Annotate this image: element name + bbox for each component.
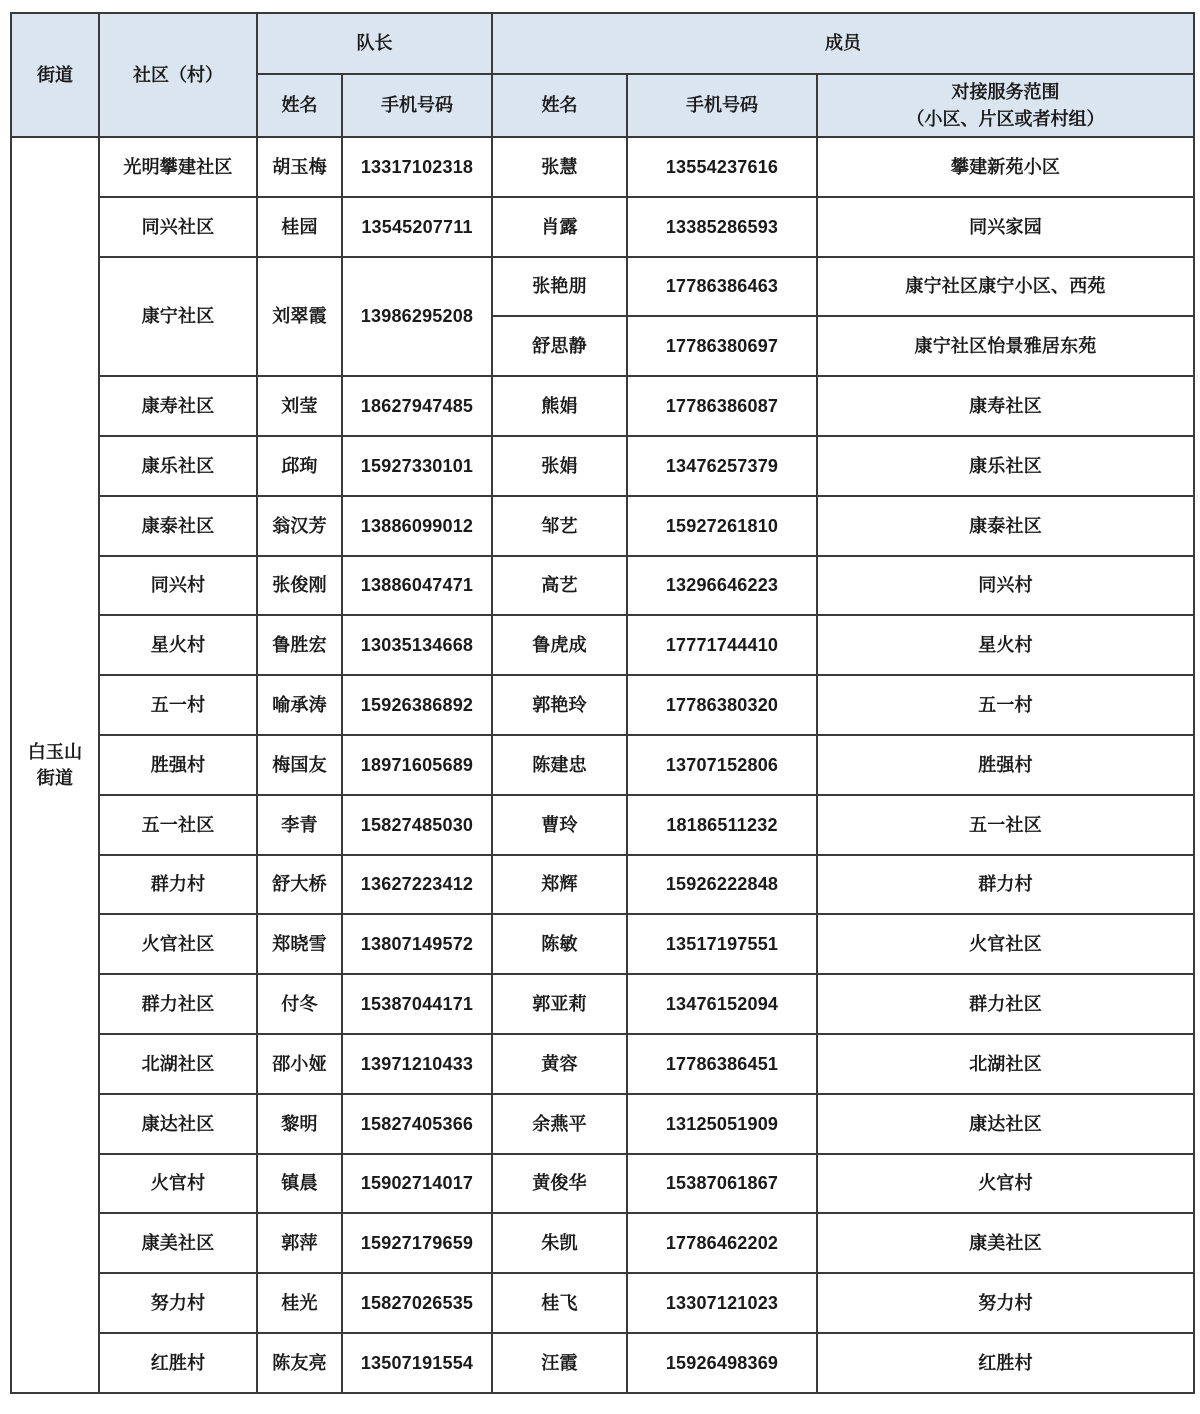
- member-name-cell: 张艳朋: [492, 257, 627, 317]
- table-row: 群力社区付冬15387044171郭亚莉13476152094群力社区: [11, 974, 1194, 1034]
- scope-cell: 攀建新苑小区: [817, 137, 1194, 197]
- table-row: 康乐社区邱珣15927330101张娟13476257379康乐社区: [11, 436, 1194, 496]
- scope-header-line2: （小区、片区或者村组）: [822, 106, 1189, 132]
- leader-phone-cell: 13886047471: [342, 556, 492, 616]
- leader-phone-cell: 15827485030: [342, 795, 492, 855]
- header-row-groups: 街道 社区（村） 队长 成员: [11, 13, 1194, 74]
- member-name-cell: 舒思静: [492, 316, 627, 376]
- leader-phone-cell: 15902714017: [342, 1154, 492, 1214]
- scope-cell: 群力村: [817, 855, 1194, 915]
- member-name-cell: 张慧: [492, 137, 627, 197]
- member-phone-cell: 13307121023: [627, 1273, 817, 1333]
- leader-name-cell: 张俊刚: [257, 556, 342, 616]
- scope-cell: 康乐社区: [817, 436, 1194, 496]
- community-header-cell: 社区（村）: [99, 13, 257, 137]
- table-row: 红胜村陈友亮13507191554汪霞15926498369红胜村: [11, 1333, 1194, 1393]
- leader-phone-cell: 13627223412: [342, 855, 492, 915]
- member-name-header: 姓名: [492, 74, 627, 137]
- scope-header: 对接服务范围 （小区、片区或者村组）: [817, 74, 1194, 137]
- table-row: 同兴村张俊刚13886047471高艺13296646223同兴村: [11, 556, 1194, 616]
- table-row: 康宁社区刘翠霞13986295208张艳朋17786386463康宁社区康宁小区…: [11, 257, 1194, 317]
- table-row: 康泰社区翁汉芳13886099012邹艺15927261810康泰社区: [11, 496, 1194, 556]
- table-row: 康寿社区刘莹18627947485熊娟17786386087康寿社区: [11, 376, 1194, 436]
- member-phone-cell: 13476257379: [627, 436, 817, 496]
- community-cell: 星火村: [99, 615, 257, 675]
- table-row: 同兴社区桂园13545207711肖露13385286593同兴家园: [11, 197, 1194, 257]
- community-cell: 五一社区: [99, 795, 257, 855]
- leader-name-cell: 鲁胜宏: [257, 615, 342, 675]
- leader-name-cell: 胡玉梅: [257, 137, 342, 197]
- member-phone-cell: 17786386451: [627, 1034, 817, 1094]
- member-phone-cell: 17786380697: [627, 316, 817, 376]
- community-cell: 康美社区: [99, 1213, 257, 1273]
- leader-phone-cell: 13317102318: [342, 137, 492, 197]
- table-row: 胜强村梅国友18971605689陈建忠13707152806胜强村: [11, 735, 1194, 795]
- member-name-cell: 曹玲: [492, 795, 627, 855]
- leader-phone-cell: 15927179659: [342, 1213, 492, 1273]
- member-phone-cell: 15926222848: [627, 855, 817, 915]
- leader-phone-cell: 13807149572: [342, 914, 492, 974]
- member-phone-cell: 15387061867: [627, 1154, 817, 1214]
- scope-cell: 康宁社区怡景雅居东苑: [817, 316, 1194, 376]
- member-name-cell: 余燕平: [492, 1094, 627, 1154]
- table-header: 街道 社区（村） 队长 成员 姓名 手机号码 姓名 手机号码 对接服务范围 （小…: [11, 13, 1194, 137]
- scope-cell: 同兴村: [817, 556, 1194, 616]
- leader-name-cell: 邱珣: [257, 436, 342, 496]
- street-cell: 白玉山街道: [11, 137, 99, 1393]
- member-name-cell: 郑辉: [492, 855, 627, 915]
- member-phone-header: 手机号码: [627, 74, 817, 137]
- member-phone-cell: 15926498369: [627, 1333, 817, 1393]
- member-phone-cell: 13385286593: [627, 197, 817, 257]
- member-name-cell: 张娟: [492, 436, 627, 496]
- member-phone-cell: 18186511232: [627, 795, 817, 855]
- member-phone-cell: 13517197551: [627, 914, 817, 974]
- member-name-cell: 郭亚莉: [492, 974, 627, 1034]
- community-cell: 康宁社区: [99, 257, 257, 377]
- community-cell: 红胜村: [99, 1333, 257, 1393]
- leader-phone-cell: 13886099012: [342, 496, 492, 556]
- contact-table: 街道 社区（村） 队长 成员 姓名 手机号码 姓名 手机号码 对接服务范围 （小…: [10, 12, 1195, 1394]
- member-phone-cell: 17771744410: [627, 615, 817, 675]
- scope-cell: 康寿社区: [817, 376, 1194, 436]
- member-name-cell: 郭艳玲: [492, 675, 627, 735]
- member-phone-cell: 13707152806: [627, 735, 817, 795]
- leader-name-cell: 黎明: [257, 1094, 342, 1154]
- community-cell: 同兴村: [99, 556, 257, 616]
- scope-cell: 康美社区: [817, 1213, 1194, 1273]
- leader-phone-cell: 15827405366: [342, 1094, 492, 1154]
- scope-cell: 群力社区: [817, 974, 1194, 1034]
- member-group-header: 成员: [492, 13, 1194, 74]
- leader-phone-header: 手机号码: [342, 74, 492, 137]
- leader-phone-cell: 13507191554: [342, 1333, 492, 1393]
- member-name-cell: 陈建忠: [492, 735, 627, 795]
- community-cell: 康乐社区: [99, 436, 257, 496]
- leader-name-cell: 陈友亮: [257, 1333, 342, 1393]
- leader-name-cell: 李青: [257, 795, 342, 855]
- scope-cell: 星火村: [817, 615, 1194, 675]
- member-name-cell: 汪霞: [492, 1333, 627, 1393]
- leader-name-cell: 桂光: [257, 1273, 342, 1333]
- member-phone-cell: 15927261810: [627, 496, 817, 556]
- member-phone-cell: 13296646223: [627, 556, 817, 616]
- leader-phone-cell: 18627947485: [342, 376, 492, 436]
- table-body: 白玉山街道光明攀建社区胡玉梅13317102318张慧13554237616攀建…: [11, 137, 1194, 1393]
- table-row: 群力村舒大桥13627223412郑辉15926222848群力村: [11, 855, 1194, 915]
- community-cell: 努力村: [99, 1273, 257, 1333]
- leader-name-cell: 郑晓雪: [257, 914, 342, 974]
- community-cell: 五一村: [99, 675, 257, 735]
- member-phone-cell: 17786462202: [627, 1213, 817, 1273]
- leader-phone-cell: 13971210433: [342, 1034, 492, 1094]
- leader-name-cell: 舒大桥: [257, 855, 342, 915]
- member-phone-cell: 13554237616: [627, 137, 817, 197]
- leader-name-header: 姓名: [257, 74, 342, 137]
- leader-phone-cell: 15387044171: [342, 974, 492, 1034]
- leader-phone-cell: 15926386892: [342, 675, 492, 735]
- leader-phone-cell: 13986295208: [342, 257, 492, 377]
- community-cell: 群力社区: [99, 974, 257, 1034]
- leader-name-cell: 梅国友: [257, 735, 342, 795]
- scope-cell: 康宁社区康宁小区、西苑: [817, 257, 1194, 317]
- leader-name-cell: 镇晨: [257, 1154, 342, 1214]
- scope-cell: 康达社区: [817, 1094, 1194, 1154]
- leader-name-cell: 郭萍: [257, 1213, 342, 1273]
- member-name-cell: 朱凯: [492, 1213, 627, 1273]
- leader-phone-cell: 13035134668: [342, 615, 492, 675]
- member-name-cell: 高艺: [492, 556, 627, 616]
- table-row: 火官村镇晨15902714017黄俊华15387061867火官村: [11, 1154, 1194, 1214]
- scope-cell: 五一村: [817, 675, 1194, 735]
- scope-cell: 北湖社区: [817, 1034, 1194, 1094]
- member-name-cell: 鲁虎成: [492, 615, 627, 675]
- leader-name-cell: 桂园: [257, 197, 342, 257]
- member-name-cell: 陈敏: [492, 914, 627, 974]
- member-phone-cell: 17786380320: [627, 675, 817, 735]
- scope-cell: 火官社区: [817, 914, 1194, 974]
- scope-header-line1: 对接服务范围: [822, 79, 1189, 105]
- community-cell: 火官村: [99, 1154, 257, 1214]
- leader-group-header: 队长: [257, 13, 492, 74]
- table-row: 康达社区黎明15827405366余燕平13125051909康达社区: [11, 1094, 1194, 1154]
- member-name-cell: 黄容: [492, 1034, 627, 1094]
- scope-cell: 五一社区: [817, 795, 1194, 855]
- street-header-cell: 街道: [11, 13, 99, 137]
- community-cell: 北湖社区: [99, 1034, 257, 1094]
- scope-cell: 红胜村: [817, 1333, 1194, 1393]
- leader-name-cell: 刘莹: [257, 376, 342, 436]
- member-phone-cell: 13476152094: [627, 974, 817, 1034]
- leader-phone-cell: 13545207711: [342, 197, 492, 257]
- scope-cell: 胜强村: [817, 735, 1194, 795]
- leader-name-cell: 付冬: [257, 974, 342, 1034]
- member-name-cell: 黄俊华: [492, 1154, 627, 1214]
- leader-phone-cell: 15927330101: [342, 436, 492, 496]
- leader-name-cell: 刘翠霞: [257, 257, 342, 377]
- community-cell: 群力村: [99, 855, 257, 915]
- community-cell: 康泰社区: [99, 496, 257, 556]
- community-cell: 火官社区: [99, 914, 257, 974]
- scope-cell: 同兴家园: [817, 197, 1194, 257]
- member-name-cell: 邹艺: [492, 496, 627, 556]
- table-row: 北湖社区邵小娅13971210433黄容17786386451北湖社区: [11, 1034, 1194, 1094]
- scope-cell: 康泰社区: [817, 496, 1194, 556]
- leader-name-cell: 翁汉芳: [257, 496, 342, 556]
- community-cell: 光明攀建社区: [99, 137, 257, 197]
- member-phone-cell: 17786386087: [627, 376, 817, 436]
- leader-phone-cell: 18971605689: [342, 735, 492, 795]
- community-cell: 胜强村: [99, 735, 257, 795]
- member-name-cell: 肖露: [492, 197, 627, 257]
- table-row: 五一村喻承涛15926386892郭艳玲17786380320五一村: [11, 675, 1194, 735]
- community-cell: 康达社区: [99, 1094, 257, 1154]
- page: 街道 社区（村） 队长 成员 姓名 手机号码 姓名 手机号码 对接服务范围 （小…: [0, 0, 1200, 1394]
- table-row: 努力村桂光15827026535桂飞13307121023努力村: [11, 1273, 1194, 1333]
- member-name-cell: 熊娟: [492, 376, 627, 436]
- table-row: 星火村鲁胜宏13035134668鲁虎成17771744410星火村: [11, 615, 1194, 675]
- table-row: 康美社区郭萍15927179659朱凯17786462202康美社区: [11, 1213, 1194, 1273]
- leader-name-cell: 邵小娅: [257, 1034, 342, 1094]
- table-row: 火官社区郑晓雪13807149572陈敏13517197551火官社区: [11, 914, 1194, 974]
- member-phone-cell: 13125051909: [627, 1094, 817, 1154]
- scope-cell: 努力村: [817, 1273, 1194, 1333]
- table-row: 五一社区李青15827485030曹玲18186511232五一社区: [11, 795, 1194, 855]
- community-cell: 康寿社区: [99, 376, 257, 436]
- member-name-cell: 桂飞: [492, 1273, 627, 1333]
- leader-name-cell: 喻承涛: [257, 675, 342, 735]
- community-cell: 同兴社区: [99, 197, 257, 257]
- table-row: 白玉山街道光明攀建社区胡玉梅13317102318张慧13554237616攀建…: [11, 137, 1194, 197]
- scope-cell: 火官村: [817, 1154, 1194, 1214]
- leader-phone-cell: 15827026535: [342, 1273, 492, 1333]
- member-phone-cell: 17786386463: [627, 257, 817, 317]
